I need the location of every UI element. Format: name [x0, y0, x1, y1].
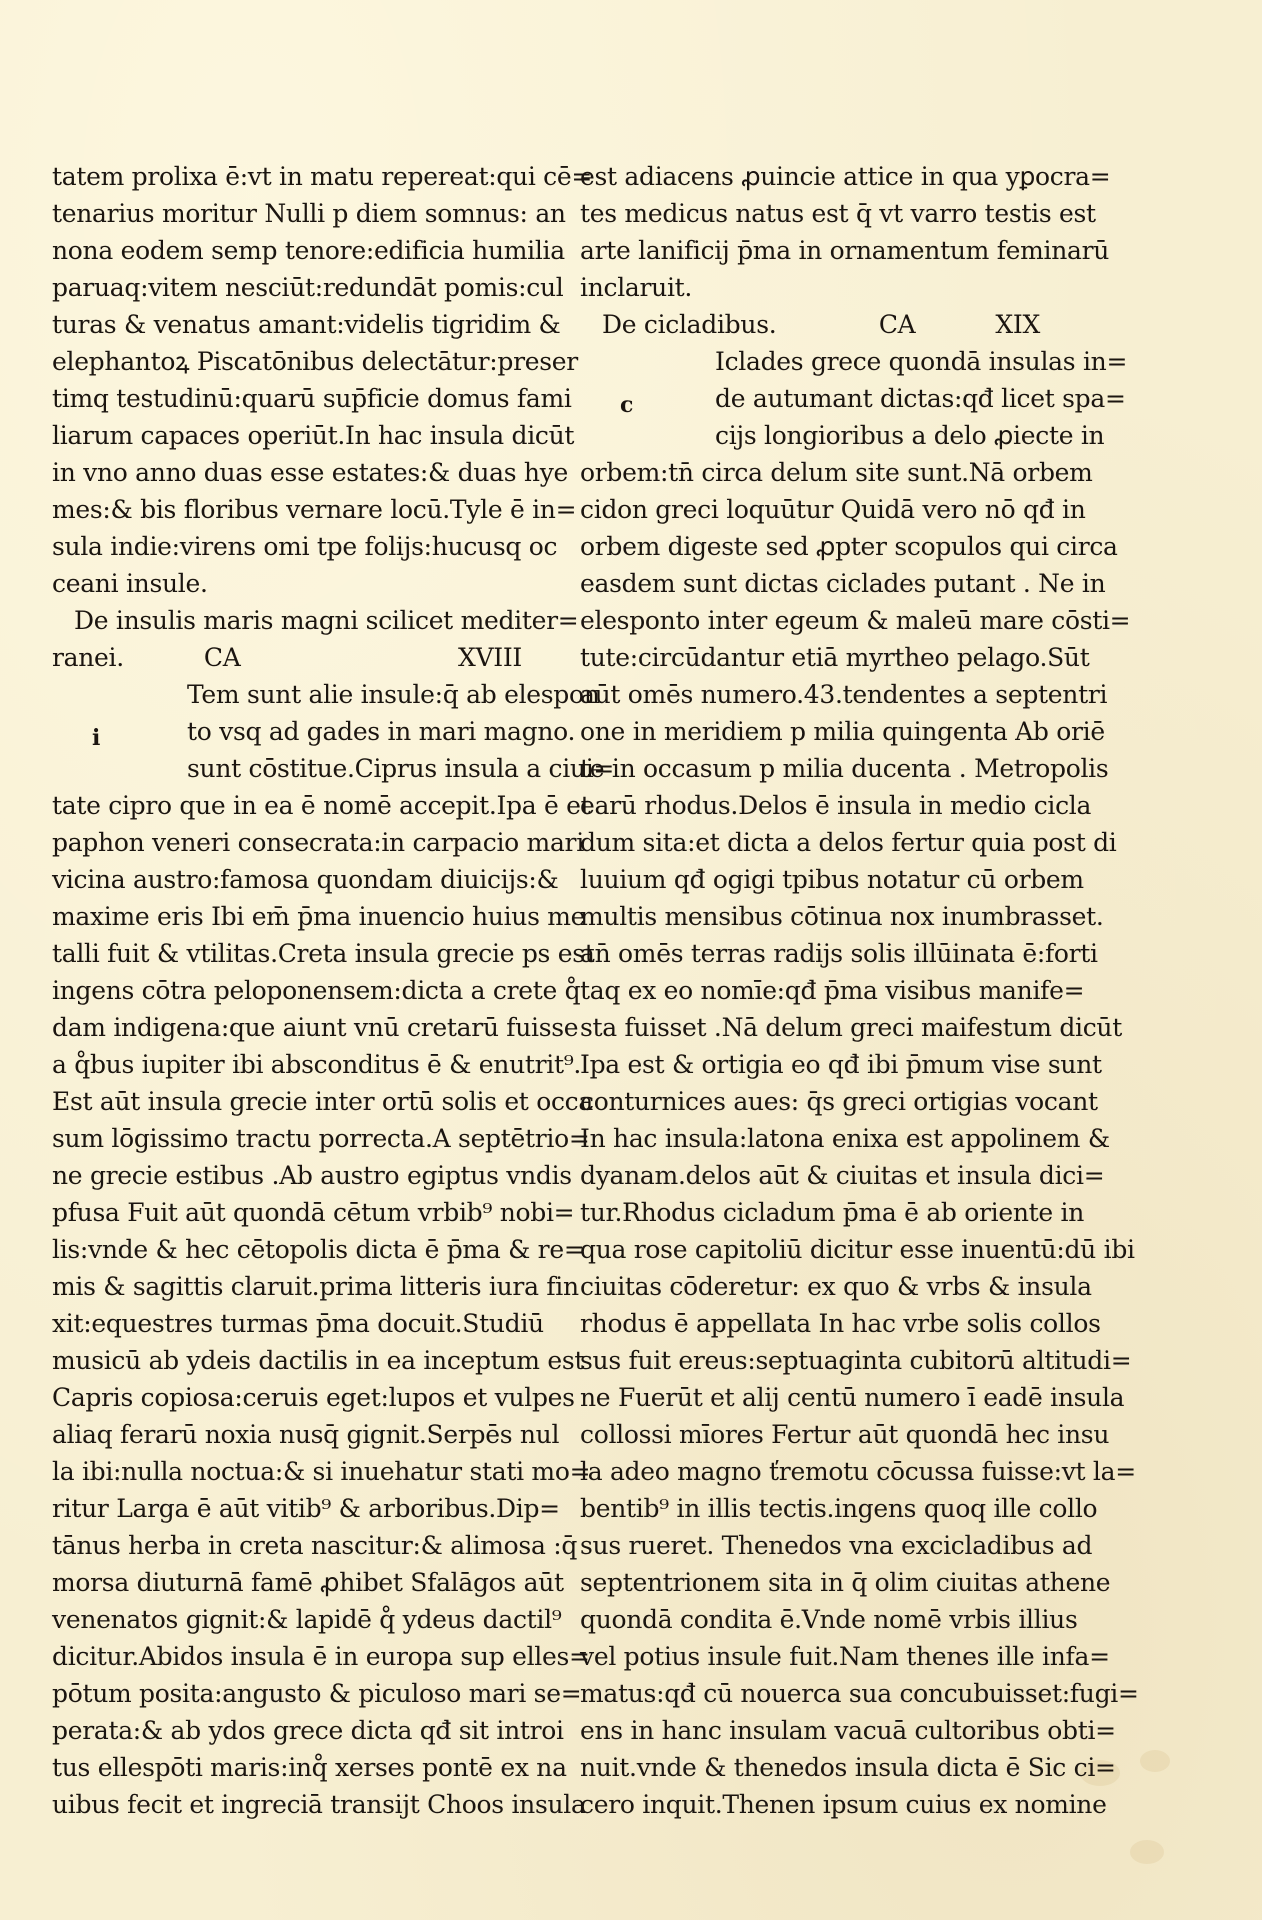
chapter-heading-xix: De cicladibus. CA XIX	[580, 306, 1040, 343]
text-line: ingens cōtra peloponensem:dicta a crete …	[52, 972, 522, 1009]
paper-stain	[1140, 1750, 1170, 1772]
text-line: mis & sagittis claruit.prima litteris iu…	[52, 1268, 522, 1305]
text-line: in vno anno duas esse estates:& duas hye	[52, 454, 522, 491]
right-top-lines: est adiacens ꝓuincie attice in qua yꝑocr…	[580, 158, 1040, 306]
text-line: luuium qđ ogigi tpibus notatur cū orbem	[580, 861, 1040, 898]
text-line: elephantoꝝ Piscatōnibus delectātur:prese…	[52, 343, 522, 380]
text-line: earū rhodus.Delos ē insula in medio cicl…	[580, 787, 1040, 824]
text-line: tatem prolixa ē:vt in matu repereat:qui …	[52, 158, 522, 195]
text-line: morsa diuturnā famē ꝓhibet Sfalāgos aūt	[52, 1564, 522, 1601]
text-line: orbem digeste sed ꝓpter scopulos qui cir…	[580, 528, 1040, 565]
text-line: In hac insula:latona enixa est appolinem…	[580, 1120, 1040, 1157]
chapter-label-ca: CA	[204, 639, 241, 676]
text-line: nona eodem semp tenore:edificia humilia	[52, 232, 522, 269]
left-chapter-opening: i Tem sunt alie insule:q̄ ab elesponto v…	[52, 676, 522, 787]
book-page: tatem prolixa ē:vt in matu repereat:qui …	[0, 0, 1262, 1920]
text-line: de autumant dictas:qđ licet spa=	[580, 380, 1040, 417]
text-line: pfusa Fuit aūt quondā cētum vrbib⁹ nobi=	[52, 1194, 522, 1231]
text-line: sus rueret. Thenedos vna excicladibus ad	[580, 1527, 1040, 1564]
text-line: ceani insule.	[52, 565, 522, 602]
text-line: vicina austro:famosa quondam diuicijs:&	[52, 861, 522, 898]
text-line: aliaq ferarū noxia nusq̄ gignit.Serpēs n…	[52, 1416, 522, 1453]
chapter-label-ca: CA	[879, 306, 916, 343]
text-line: tenarius moritur Nulli p diem somnus: an	[52, 195, 522, 232]
text-line: elesponto inter egeum & maleū mare cōsti…	[580, 602, 1040, 639]
text-line: rhodus ē appellata In hac vrbe solis col…	[580, 1305, 1040, 1342]
text-line: musicū ab ydeis dactilis in ea inceptum …	[52, 1342, 522, 1379]
text-line: tes medicus natus est q̄ vt varro testis…	[580, 195, 1040, 232]
text-line: venenatos gignit:& lapidē q̊ ydeus dacti…	[52, 1601, 522, 1638]
text-line: Est aūt insula grecie inter ortū solis e…	[52, 1083, 522, 1120]
text-line: lis:vnde & hec cētopolis dicta ē p̄ma & …	[52, 1231, 522, 1268]
text-line: est adiacens ꝓuincie attice in qua yꝑocr…	[580, 158, 1040, 195]
text-line: turas & venatus amant:videlis tigridim &	[52, 306, 522, 343]
right-column: est adiacens ꝓuincie attice in qua yꝑocr…	[580, 158, 1040, 1823]
text-line: pōtum posita:angusto & piculoso mari se=	[52, 1675, 522, 1712]
text-line: ritur Larga ē aūt vitib⁹ & arboribus.Dip…	[52, 1490, 522, 1527]
text-line: a q̊bus iupiter ibi absconditus ē & enut…	[52, 1046, 522, 1083]
text-line: mes:& bis floribus vernare locū.Tyle ē i…	[52, 491, 522, 528]
text-line: ens in hanc insulam vacuā cultoribus obt…	[580, 1712, 1040, 1749]
text-line: Capris copiosa:ceruis eget:lupos et vulp…	[52, 1379, 522, 1416]
text-line: to vsq ad gades in mari magno.	[52, 713, 522, 750]
text-line: sta fuisset .Nā delum greci maifestum di…	[580, 1009, 1040, 1046]
text-line: sula indie:virens omi tpe folijs:hucusq …	[52, 528, 522, 565]
text-line: dum sita:et dicta a delos fertur quia po…	[580, 824, 1040, 861]
text-line: paruaq:vitem nesciūt:redundāt pomis:cul	[52, 269, 522, 306]
text-line: tate cipro que in ea ē nomē accepit.Ipa …	[52, 787, 522, 824]
text-line: matus:qđ cū nouerca sua concubuisset:fug…	[580, 1675, 1040, 1712]
text-line: sum lōgissimo tractu porrecta.A septētri…	[52, 1120, 522, 1157]
chapter-number: XIX	[995, 306, 1040, 343]
text-line: uibus fecit et ingreciā transijt Choos i…	[52, 1786, 522, 1823]
text-line: inclaruit.	[580, 269, 1040, 306]
text-line: tur.Rhodus cicladum p̄ma ē ab oriente in	[580, 1194, 1040, 1231]
text-line: bentib⁹ in illis tectis.ingens quoq ille…	[580, 1490, 1040, 1527]
text-line: nuit.vnde & thenedos insula dicta ē Sic …	[580, 1749, 1040, 1786]
text-line: liarum capaces operiūt.In hac insula dic…	[52, 417, 522, 454]
text-line: dicitur.Abidos insula ē in europa sup el…	[52, 1638, 522, 1675]
text-line: cijs longioribus a delo ꝓiecte in	[580, 417, 1040, 454]
text-line: cidon greci loquūtur Quidā vero nō qđ in	[580, 491, 1040, 528]
text-line: conturnices aues: q̄s greci ortigias voc…	[580, 1083, 1040, 1120]
left-column: tatem prolixa ē:vt in matu repereat:qui …	[52, 158, 522, 1823]
text-line: aūt omēs numero.43.tendentes a septentri	[580, 676, 1040, 713]
text-line: septentrionem sita in q̄ olim ciuitas at…	[580, 1564, 1040, 1601]
text-line: tus ellespōti maris:inq̊ xerses pontē ex…	[52, 1749, 522, 1786]
paper-stain	[1130, 1840, 1164, 1864]
text-line: dam indigena:que aiunt vnū cretarū fuiss…	[52, 1009, 522, 1046]
text-line: Iclades grece quondā insulas in=	[580, 343, 1040, 380]
text-line: taq ex eo nomīe:qđ p̄ma visibus manife=	[580, 972, 1040, 1009]
text-line: la adeo magno ťremotu cōcussa fuisse:vt …	[580, 1453, 1040, 1490]
text-line: Ipa est & ortigia eo qđ ibi p̄mum vise s…	[580, 1046, 1040, 1083]
text-line: Tem sunt alie insule:q̄ ab elespon	[52, 676, 522, 713]
text-line: ne grecie estibus .Ab austro egiptus vnd…	[52, 1157, 522, 1194]
text-line: sus fuit ereus:septuaginta cubitorū alti…	[580, 1342, 1040, 1379]
text-line: cero inquit.Thenen ipsum cuius ex nomine	[580, 1786, 1040, 1823]
text-line: maxime eris Ibi em̄ p̄ma inuencio huius …	[52, 898, 522, 935]
text-line: sunt cōstitue.Ciprus insula a ciui=	[52, 750, 522, 787]
left-body-lines: tate cipro que in ea ē nomē accepit.Ipa …	[52, 787, 522, 1823]
text-line: xit:equestres turmas p̄ma docuit.Studiū	[52, 1305, 522, 1342]
text-line: quondā condita ē.Vnde nomē vrbis illius	[580, 1601, 1040, 1638]
chapter-heading-xviii-line2: ranei. CA XVIII	[52, 639, 522, 676]
text-line: tānus herba in creta nascitur:& alimosa …	[52, 1527, 522, 1564]
text-line: talli fuit & vtilitas.Creta insula greci…	[52, 935, 522, 972]
text-line: la ibi:nulla noctua:& si inuehatur stati…	[52, 1453, 522, 1490]
right-body-lines: orbem:tn̄ circa delum site sunt.Nā orbem…	[580, 454, 1040, 1823]
chapter-number: XVIII	[458, 639, 522, 676]
text-line: easdem sunt dictas ciclades putant . Ne …	[580, 565, 1040, 602]
text-line: dyanam.delos aūt & ciuitas et insula dic…	[580, 1157, 1040, 1194]
chapter-heading-tail: ranei.	[52, 639, 124, 676]
chapter-heading-title: De cicladibus.	[580, 306, 776, 343]
text-line: arte lanificij p̄ma in ornamentum femina…	[580, 232, 1040, 269]
text-line: ciuitas cōderetur: ex quo & vrbs & insul…	[580, 1268, 1040, 1305]
text-line: qua rose capitoliū dicitur esse inuentū:…	[580, 1231, 1040, 1268]
text-line: timq testudinū:quarū sup̄ficie domus fam…	[52, 380, 522, 417]
text-line: perata:& ab ydos grece dicta qđ sit intr…	[52, 1712, 522, 1749]
text-line: te in occasum p milia ducenta . Metropol…	[580, 750, 1040, 787]
text-line: ne Fuerūt et alij centū numero ī eadē in…	[580, 1379, 1040, 1416]
text-line: paphon veneri consecrata:in carpacio mar…	[52, 824, 522, 861]
right-chapter-opening: c Iclades grece quondā insulas in=de aut…	[580, 343, 1040, 454]
text-line: tute:circūdantur etiā myrtheo pelago.Sūt	[580, 639, 1040, 676]
text-line: orbem:tn̄ circa delum site sunt.Nā orbem	[580, 454, 1040, 491]
text-line: vel potius insule fuit.Nam thenes ille i…	[580, 1638, 1040, 1675]
left-top-lines: tatem prolixa ē:vt in matu repereat:qui …	[52, 158, 522, 602]
text-line: an̄ omēs terras radijs solis illūinata ē…	[580, 935, 1040, 972]
guide-letter: i	[92, 720, 100, 757]
text-line: collossi mīores Fertur aūt quondā hec in…	[580, 1416, 1040, 1453]
chapter-heading-xviii-line1: De insulis maris magni scilicet mediter=	[52, 602, 522, 639]
text-line: multis mensibus cōtinua nox inumbrasset.	[580, 898, 1040, 935]
text-line: one in meridiem p milia quingenta Ab ori…	[580, 713, 1040, 750]
guide-letter: c	[620, 387, 633, 424]
